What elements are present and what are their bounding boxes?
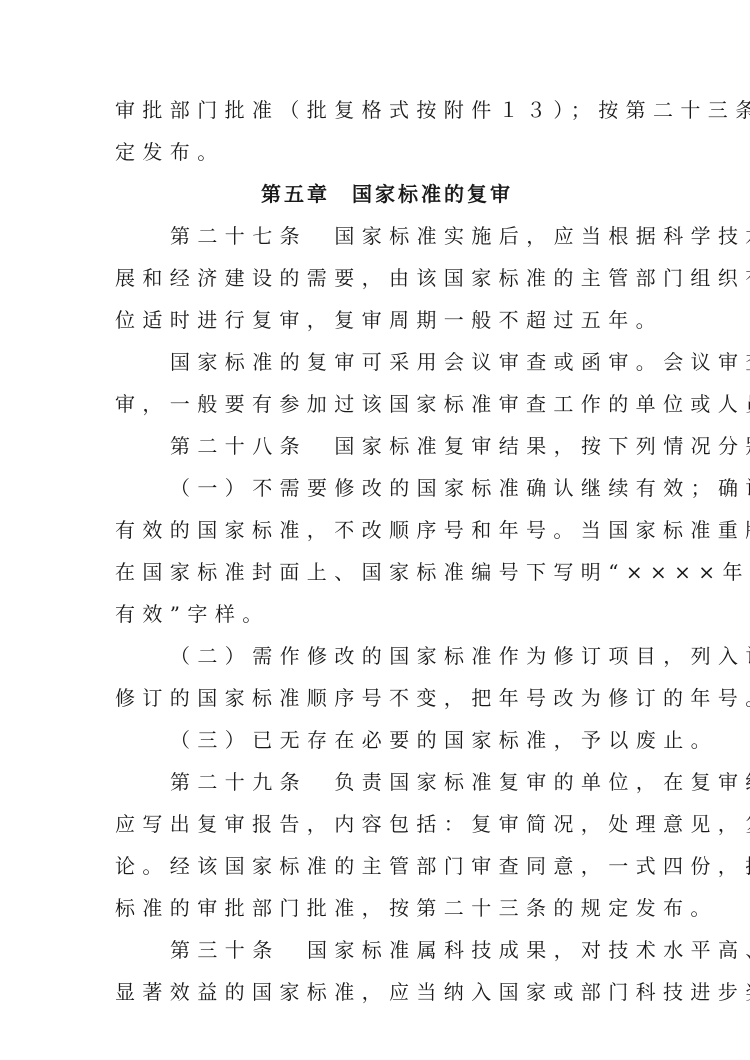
text-line: 有效”字样。 [115,593,639,635]
text-line: 论。经该国家标准的主管部门审查同意，一式四份，报国家 [115,845,639,887]
list-item-1-start: （一）不需要修改的国家标准确认继续有效；确认继续 [115,467,639,509]
text-line: 修订的国家标准顺序号不变，把年号改为修订的年号。 [115,677,639,719]
text-line: 标准的审批部门批准，按第二十三条的规定发布。 [115,887,639,929]
chapter-number: 第五章 [261,182,330,206]
article-29-start: 第二十九条 负责国家标准复审的单位，在复审结束后， [115,761,639,803]
text-line: 显著效益的国家标准，应当纳入国家或部门科技进步奖励范 [115,971,639,1013]
paragraph-start: 国家标准的复审可采用会议审查或函审。会议审查或函 [115,341,639,383]
list-item-3: （三）已无存在必要的国家标准，予以废止。 [115,719,639,761]
text-line: 在国家标准封面上、国家标准编号下写明“××××年确认 [115,551,639,593]
text-line: 审批部门批准（批复格式按附件１３）；按第二十三条的规 [115,89,639,131]
text-line: 审，一般要有参加过该国家标准审查工作的单位或人员参加。 [115,383,639,425]
list-item-2-start: （二）需作修改的国家标准作为修订项目，列入计划。 [115,635,639,677]
text-line: 应写出复审报告，内容包括：复审简况，处理意见，复审结 [115,803,639,845]
document-page: 审批部门批准（批复格式按附件１３）；按第二十三条的规 定发布。 第五章国家标准的… [115,89,639,1013]
text-line: 有效的国家标准，不改顺序号和年号。当国家标准重版时， [115,509,639,551]
text-line: 位适时进行复审，复审周期一般不超过五年。 [115,299,639,341]
text-line: 展和经济建设的需要，由该国家标准的主管部门组织有关单 [115,257,639,299]
article-27-start: 第二十七条 国家标准实施后，应当根据科学技术的发 [115,215,639,257]
text-line: 定发布。 [115,131,639,173]
chapter-heading: 第五章国家标准的复审 [115,173,639,215]
article-28-start: 第二十八条 国家标准复审结果，按下列情况分别处理： [115,425,639,467]
chapter-title: 国家标准的复审 [352,182,513,206]
article-30-start: 第三十条 国家标准属科技成果，对技术水平高、取得 [115,929,639,971]
